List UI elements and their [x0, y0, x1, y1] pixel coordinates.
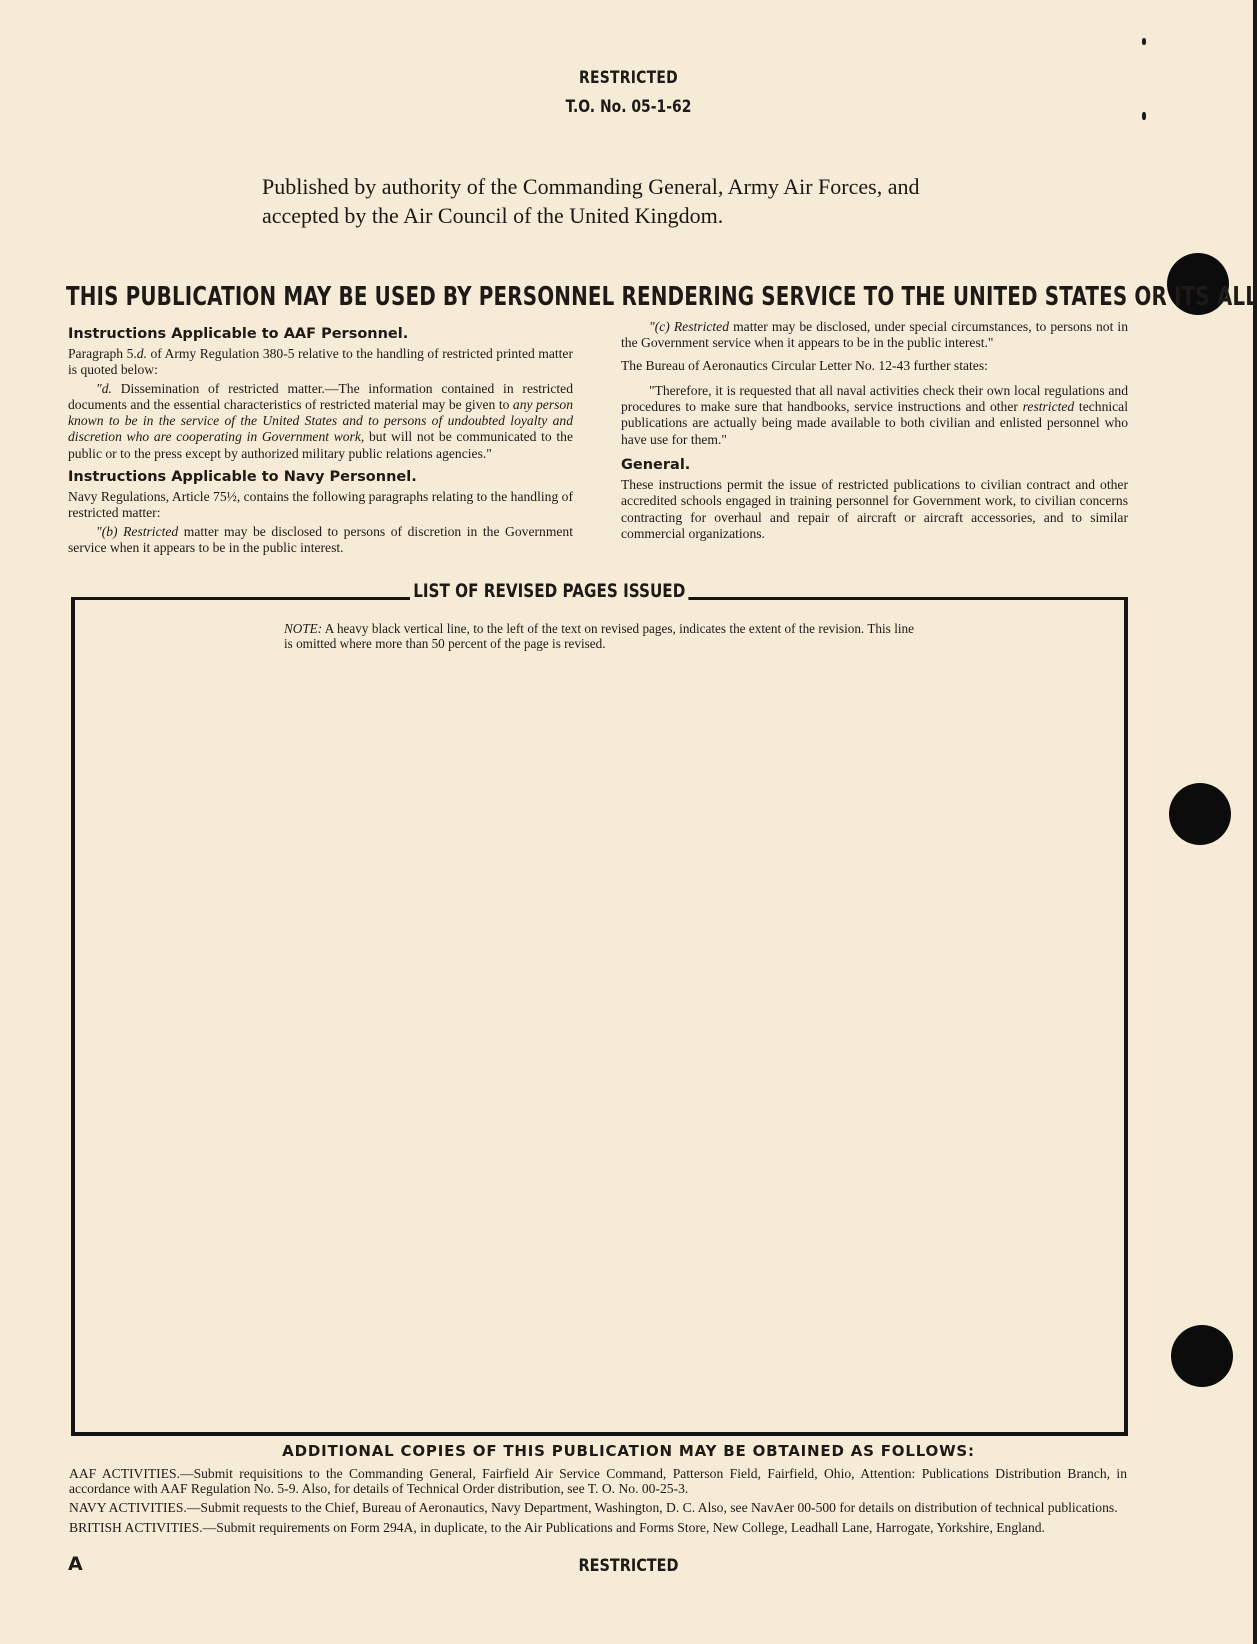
british-activities: BRITISH ACTIVITIES.—Submit requirements …	[69, 1521, 1127, 1536]
navy-intro: Navy Regulations, Article 75½, contains …	[68, 489, 573, 522]
technical-order-number: T.O. No. 05-1-62	[113, 97, 1144, 117]
navy-activities: NAVY ACTIVITIES.—Submit requests to the …	[69, 1501, 1127, 1516]
bureau-intro: The Bureau of Aeronautics Circular Lette…	[621, 358, 1128, 374]
revised-pages-box	[71, 597, 1128, 1436]
document-page: RESTRICTED T.O. No. 05-1-62 Published by…	[0, 0, 1257, 1644]
revised-pages-note: NOTE: A heavy black vertical line, to th…	[284, 622, 914, 651]
usage-banner: THIS PUBLICATION MAY BE USED BY PERSONNE…	[66, 282, 929, 312]
bureau-quote: "Therefore, it is requested that all nav…	[621, 383, 1128, 448]
binder-hole-icon	[1171, 1325, 1233, 1387]
general-text: These instructions permit the issue of r…	[621, 477, 1128, 542]
page-edge-shadow	[1253, 0, 1257, 1644]
general-heading: General.	[621, 456, 1128, 474]
footer-classification: RESTRICTED	[94, 1556, 1162, 1576]
aaf-activities: AAF ACTIVITIES.—Submit requisitions to t…	[69, 1467, 1127, 1496]
ink-speck	[1142, 38, 1146, 45]
right-column: "(c) Restricted matter may be disclosed,…	[621, 319, 1128, 548]
left-column: Instructions Applicable to AAF Personnel…	[68, 325, 573, 562]
authority-statement: Published by authority of the Commanding…	[262, 172, 942, 230]
aaf-intro: Paragraph 5.d. of Army Regulation 380-5 …	[68, 346, 573, 379]
aaf-quote: "d. Dissemination of restricted matter.—…	[68, 381, 573, 462]
aaf-heading: Instructions Applicable to AAF Personnel…	[68, 325, 573, 343]
navy-heading: Instructions Applicable to Navy Personne…	[68, 468, 573, 486]
page-letter: A	[68, 1553, 83, 1575]
navy-paragraph-c: "(c) Restricted matter may be disclosed,…	[621, 319, 1128, 352]
revised-pages-title: LIST OF REVISED PAGES ISSUED	[410, 580, 689, 610]
additional-copies-list: AAF ACTIVITIES.—Submit requisitions to t…	[69, 1467, 1127, 1540]
binder-hole-icon	[1169, 783, 1231, 845]
header-classification: RESTRICTED	[113, 68, 1144, 88]
navy-paragraph-b: "(b) Restricted matter may be disclosed …	[68, 524, 573, 557]
additional-copies-title: ADDITIONAL COPIES OF THIS PUBLICATION MA…	[0, 1442, 1257, 1460]
